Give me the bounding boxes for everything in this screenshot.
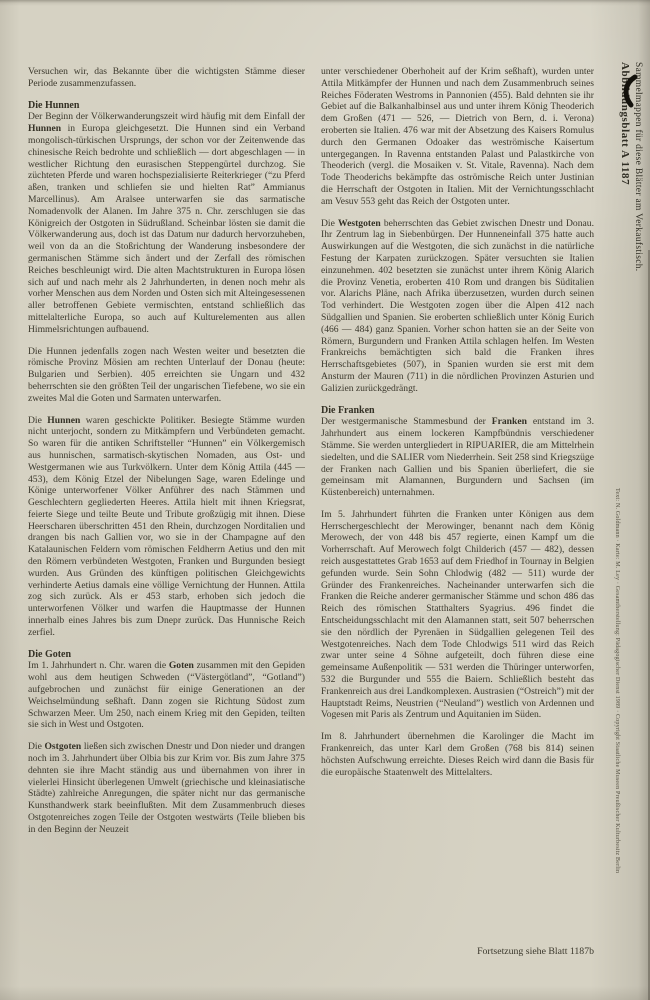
- text-column-right: unter verschiedener Oberhoheit auf der K…: [321, 66, 594, 912]
- section-heading: Die Goten: [28, 649, 305, 661]
- continuation-note: Fortsetzung siehe Blatt 1187b: [321, 946, 594, 958]
- text-column-left: Versuchen wir, das Bekannte über die wic…: [28, 66, 305, 960]
- body-paragraph: Im 5. Jahrhundert führten die Franken un…: [321, 509, 594, 721]
- body-paragraph: Im 1. Jahrhundert n. Chr. waren die Gote…: [28, 660, 305, 731]
- body-paragraph: Die Ostgoten ließen sich zwischen Dnestr…: [28, 741, 305, 835]
- punch-ink-mark: [620, 74, 640, 108]
- crescent-mark-icon: [620, 74, 640, 108]
- body-paragraph: Die Westgoten beherrschten das Gebiet zw…: [321, 218, 594, 395]
- body-paragraph: Im 8. Jahrhundert übernehmen die Karolin…: [321, 731, 594, 778]
- section-heading: Die Hunnen: [28, 100, 305, 112]
- body-paragraph: Die Hunnen waren geschickte Politiker. B…: [28, 415, 305, 639]
- body-paragraph: Die Hunnen jedenfalls zogen nach Westen …: [28, 346, 305, 405]
- credit-line: Text: N. Goldmann · Karte: M. Ley · Gesa…: [614, 488, 620, 873]
- section-heading: Die Franken: [321, 405, 594, 417]
- body-paragraph: Der Beginn der Völkerwanderungszeit wird…: [28, 111, 305, 335]
- body-paragraph: Der westgermanische Stammesbund der Fran…: [321, 416, 594, 499]
- body-paragraph: Versuchen wir, das Bekannte über die wic…: [28, 66, 305, 90]
- body-paragraph: unter verschiedener Oberhoheit auf der K…: [321, 66, 594, 208]
- scanned-page: Versuchen wir, das Bekannte über die wic…: [0, 0, 650, 1000]
